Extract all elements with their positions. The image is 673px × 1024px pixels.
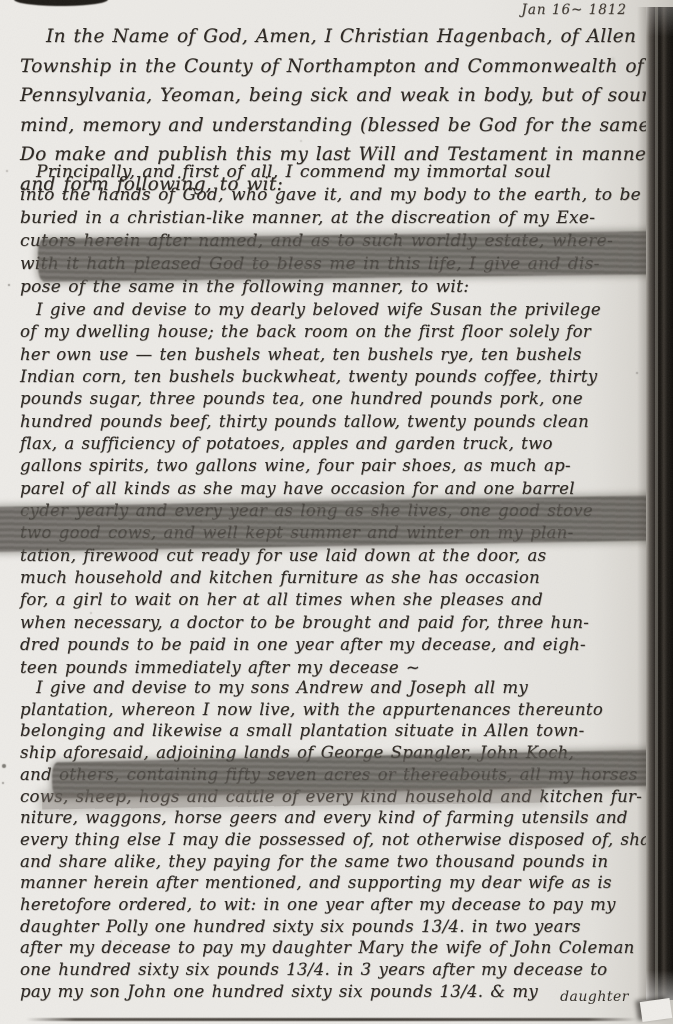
manuscript-line: into the hands of God, who gave it, and … bbox=[20, 184, 631, 207]
catchword: daughter bbox=[560, 989, 629, 1005]
manuscript-line: after my decease to pay my daughter Mary… bbox=[20, 937, 631, 959]
manuscript-line: and share alike, they paying for the sam… bbox=[20, 851, 631, 873]
paragraph-bequest-sons: I give and devise to my sons Andrew and … bbox=[20, 677, 631, 1003]
manuscript-line: flax, a sufficiency of potatoes, apples … bbox=[20, 433, 631, 455]
manuscript-line: Township in the County of Northampton an… bbox=[20, 52, 631, 82]
manuscript-line: her own use — ten bushels wheat, ten bus… bbox=[20, 344, 631, 366]
manuscript-line: daughter Polly one hundred sixty six pou… bbox=[20, 916, 631, 938]
manuscript-line: buried in a christian-like manner, at th… bbox=[20, 207, 631, 230]
manuscript-line: I give and devise to my sons Andrew and … bbox=[20, 677, 631, 699]
ink-stain-band-1 bbox=[38, 231, 660, 282]
manuscript-line: hundred pounds beef, thirty pounds tallo… bbox=[20, 411, 631, 433]
binding-corner-tear bbox=[640, 998, 672, 1022]
manuscript-line: one hundred sixty six pounds 13/4. in 3 … bbox=[20, 959, 631, 981]
manuscript-line: teen pounds immediately after my decease… bbox=[20, 657, 631, 679]
manuscript-line: pay my son John one hundred sixty six po… bbox=[20, 981, 631, 1003]
manuscript-line: belonging and likewise a small plantatio… bbox=[20, 720, 631, 742]
binding-edge bbox=[646, 7, 673, 1000]
manuscript-line: In the Name of God, Amen, I Christian Ha… bbox=[20, 22, 631, 52]
manuscript-line: of my dwelling house; the back room on t… bbox=[20, 321, 631, 343]
manuscript-line: niture, waggons, horse geers and every k… bbox=[20, 807, 631, 829]
manuscript-line: every thing else I may die possessed of,… bbox=[20, 829, 631, 851]
manuscript-line: manner herein after mentioned, and suppo… bbox=[20, 872, 631, 894]
manuscript-line: plantation, whereon I now live, with the… bbox=[20, 699, 631, 721]
manuscript-line: mind, memory and understanding (blessed … bbox=[20, 111, 631, 141]
manuscript-line: Principally, and first of all, I commend… bbox=[20, 161, 631, 184]
top-edge-ink-smudge bbox=[14, 0, 108, 6]
manuscript-line: for, a girl to wait on her at all times … bbox=[20, 589, 631, 611]
manuscript-line: much household and kitchen furniture as … bbox=[20, 567, 631, 589]
document-page: Jan 16~ 1812 In the Name of God, Amen, I… bbox=[0, 0, 673, 1024]
manuscript-line: Pennsylvania, Yeoman, being sick and wea… bbox=[20, 81, 631, 111]
page-bottom-edge bbox=[26, 1018, 637, 1021]
manuscript-line: I give and devise to my dearly beloved w… bbox=[20, 299, 631, 321]
manuscript-line: Indian corn, ten bushels buckwheat, twen… bbox=[20, 366, 631, 388]
date-annotation: Jan 16~ 1812 bbox=[521, 2, 627, 18]
paragraph-bequest-wife: I give and devise to my dearly beloved w… bbox=[20, 299, 631, 679]
manuscript-line: dred pounds to be paid in one year after… bbox=[20, 634, 631, 656]
manuscript-line: gallons spirits, two gallons wine, four … bbox=[20, 455, 631, 477]
manuscript-line: pounds sugar, three pounds tea, one hund… bbox=[20, 388, 631, 410]
paper-specks bbox=[0, 0, 2, 2]
manuscript-line: when necessary, a doctor to be brought a… bbox=[20, 612, 631, 634]
manuscript-line: heretofore ordered, to wit: in one year … bbox=[20, 894, 631, 916]
